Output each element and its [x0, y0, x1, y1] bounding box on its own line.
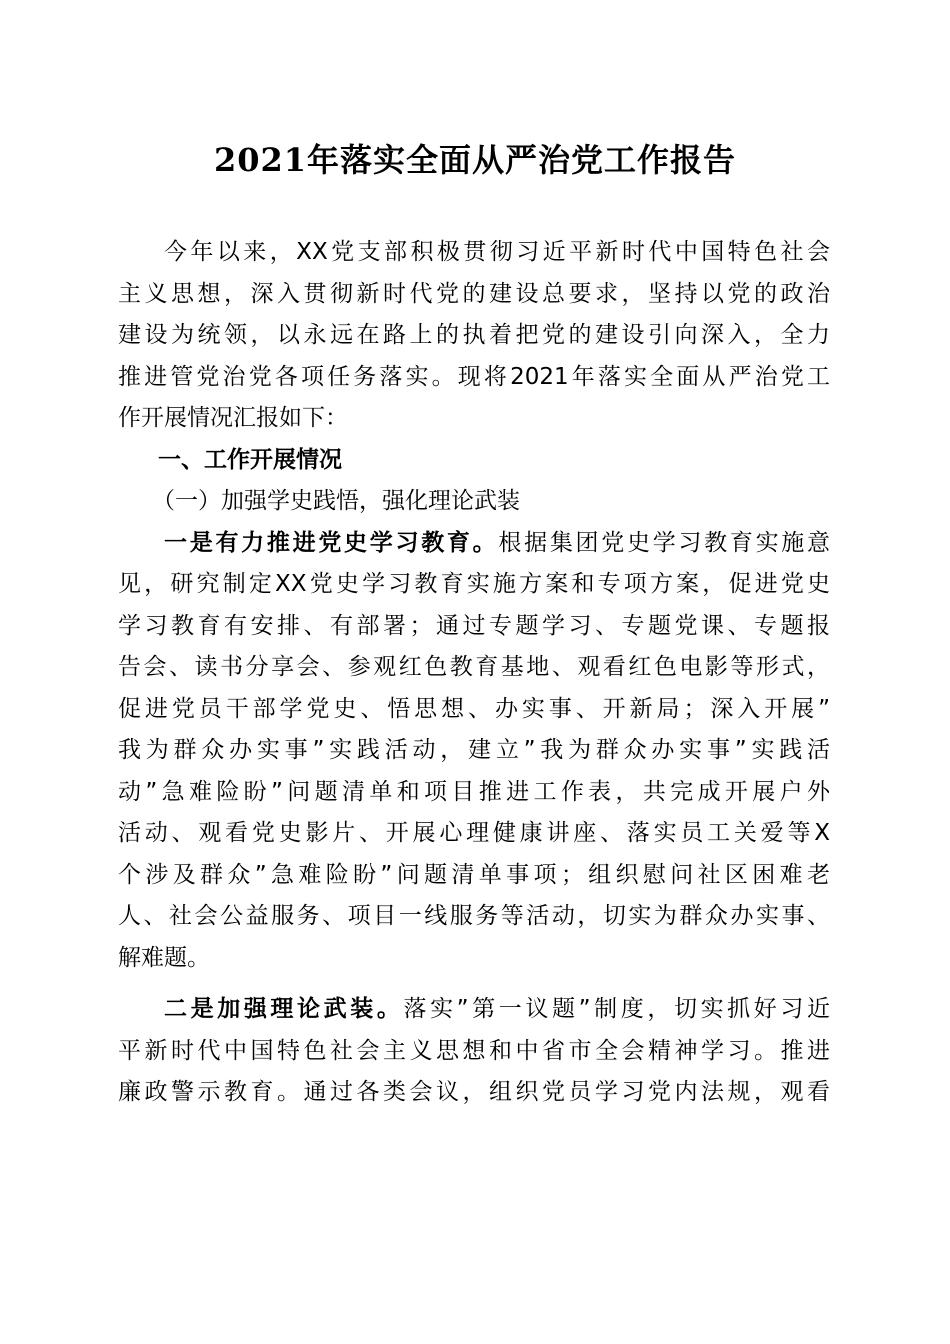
text-line: 动”急难险盼”问题清单和项目推进工作表，共完成开展户外: [118, 772, 830, 814]
text-line: 建设为统领，以永远在路上的执着把党的建设引向深入，全力: [118, 315, 830, 357]
paragraph-lead: 一是有力推进党史学习教育。: [164, 530, 498, 556]
paragraph-theory: 二是加强理论武装。落实”第一议题”制度，切实抓好习近 平新时代中国特色社会主义思…: [118, 989, 830, 1114]
text-line: 主义思想，深入贯彻新时代党的建设总要求，坚持以党的政治: [118, 274, 830, 316]
paragraph-spacer: [118, 979, 830, 989]
text-line: 推进管党治党各项任务落实。现将2021年落实全面从严治党工: [118, 357, 830, 399]
section-heading: 一、工作开展情况: [118, 440, 830, 482]
text-line: 廉政警示教育。通过各类会议，组织党员学习党内法规，观看: [118, 1072, 830, 1114]
text-line: 今年以来，XX党支部积极贯彻习近平新时代中国特色社会: [118, 232, 830, 274]
text-line: 人、社会公益服务、项目一线服务等活动，切实为群众办实事、: [118, 896, 830, 938]
text-line: 告会、读书分享会、参观红色教育基地、观看红色电影等形式，: [118, 647, 830, 689]
document-body: 今年以来，XX党支部积极贯彻习近平新时代中国特色社会 主义思想，深入贯彻新时代党…: [118, 232, 830, 1114]
text-line: 活动、观看党史影片、开展心理健康讲座、落实员工关爱等X: [118, 813, 830, 855]
text-line: 见，研究制定XX党史学习教育实施方案和专项方案，促进党史: [118, 564, 830, 606]
text-line: 一是有力推进党史学习教育。根据集团党史学习教育实施意: [118, 523, 830, 565]
paragraph-text: 根据集团党史学习教育实施意: [498, 530, 830, 556]
text-line: 促进党员干部学党史、悟思想、办实事、开新局；深入开展”: [118, 689, 830, 731]
text-line: 学习教育有安排、有部署；通过专题学习、专题党课、专题报: [118, 606, 830, 648]
text-line: 我为群众办实事”实践活动，建立”我为群众办实事”实践活: [118, 730, 830, 772]
subsection-heading: （一）加强学史践悟，强化理论武装: [118, 481, 830, 523]
paragraph-lead: 二是加强理论武装。: [164, 996, 403, 1022]
document-page: 2021年落实全面从严治党工作报告 今年以来，XX党支部积极贯彻习近平新时代中国…: [0, 0, 950, 1344]
intro-paragraph: 今年以来，XX党支部积极贯彻习近平新时代中国特色社会 主义思想，深入贯彻新时代党…: [118, 232, 830, 440]
paragraph-text: 落实”第一议题”制度，切实抓好习近: [403, 996, 830, 1022]
paragraph-party-history: 一是有力推进党史学习教育。根据集团党史学习教育实施意 见，研究制定XX党史学习教…: [118, 523, 830, 980]
text-line: 解难题。: [118, 938, 830, 980]
text-line: 作开展情况汇报如下：: [118, 398, 830, 440]
text-line: 个涉及群众”急难险盼”问题清单事项；组织慰问社区困难老: [118, 855, 830, 897]
document-title: 2021年落实全面从严治党工作报告: [0, 136, 950, 184]
text-line: 二是加强理论武装。落实”第一议题”制度，切实抓好习近: [118, 989, 830, 1031]
text-line: 平新时代中国特色社会主义思想和中省市全会精神学习。推进: [118, 1031, 830, 1073]
